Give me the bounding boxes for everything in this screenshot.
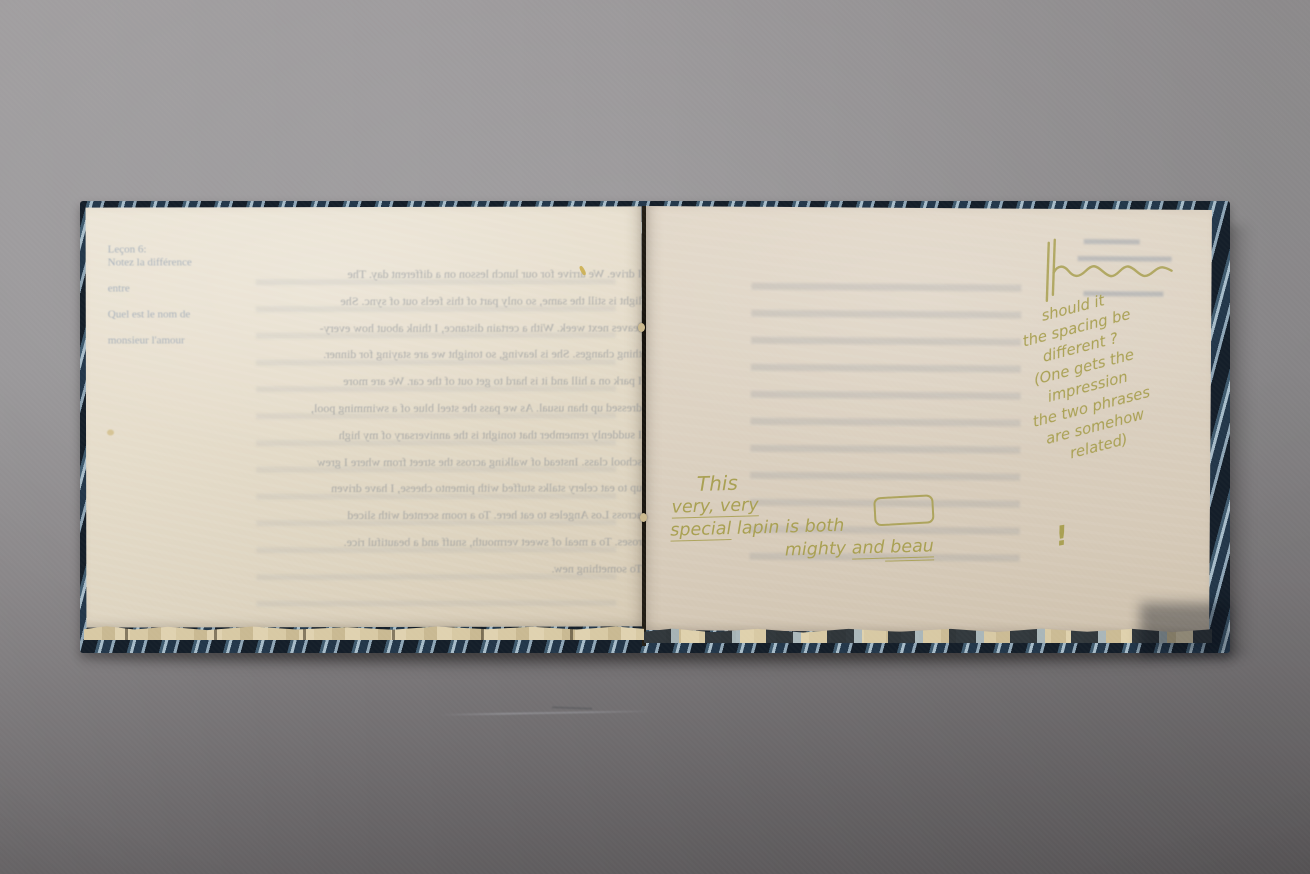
right-page: should it the spacing be different ? (On… [643,206,1212,634]
mirrored-show-through-paragraph: I drive. We arrive for our lunch lesson … [236,260,643,582]
photo-backdrop: Leçon 6: Notez la différence entre Quel … [0,0,1310,874]
stain-spot [107,430,114,436]
backdrop-crease-line [440,710,655,716]
deckled-edge-left [84,625,644,640]
cover-corner-shading [1140,603,1230,655]
binding-thread [640,513,647,522]
backdrop-scratch-mark [552,706,592,709]
book-gutter [642,206,646,646]
rectangle-doodle-icon [873,494,934,526]
left-page: Leçon 6: Notez la différence entre Quel … [86,206,643,627]
open-book: Leçon 6: Notez la différence entre Quel … [80,201,1230,653]
binding-thread [638,323,645,332]
